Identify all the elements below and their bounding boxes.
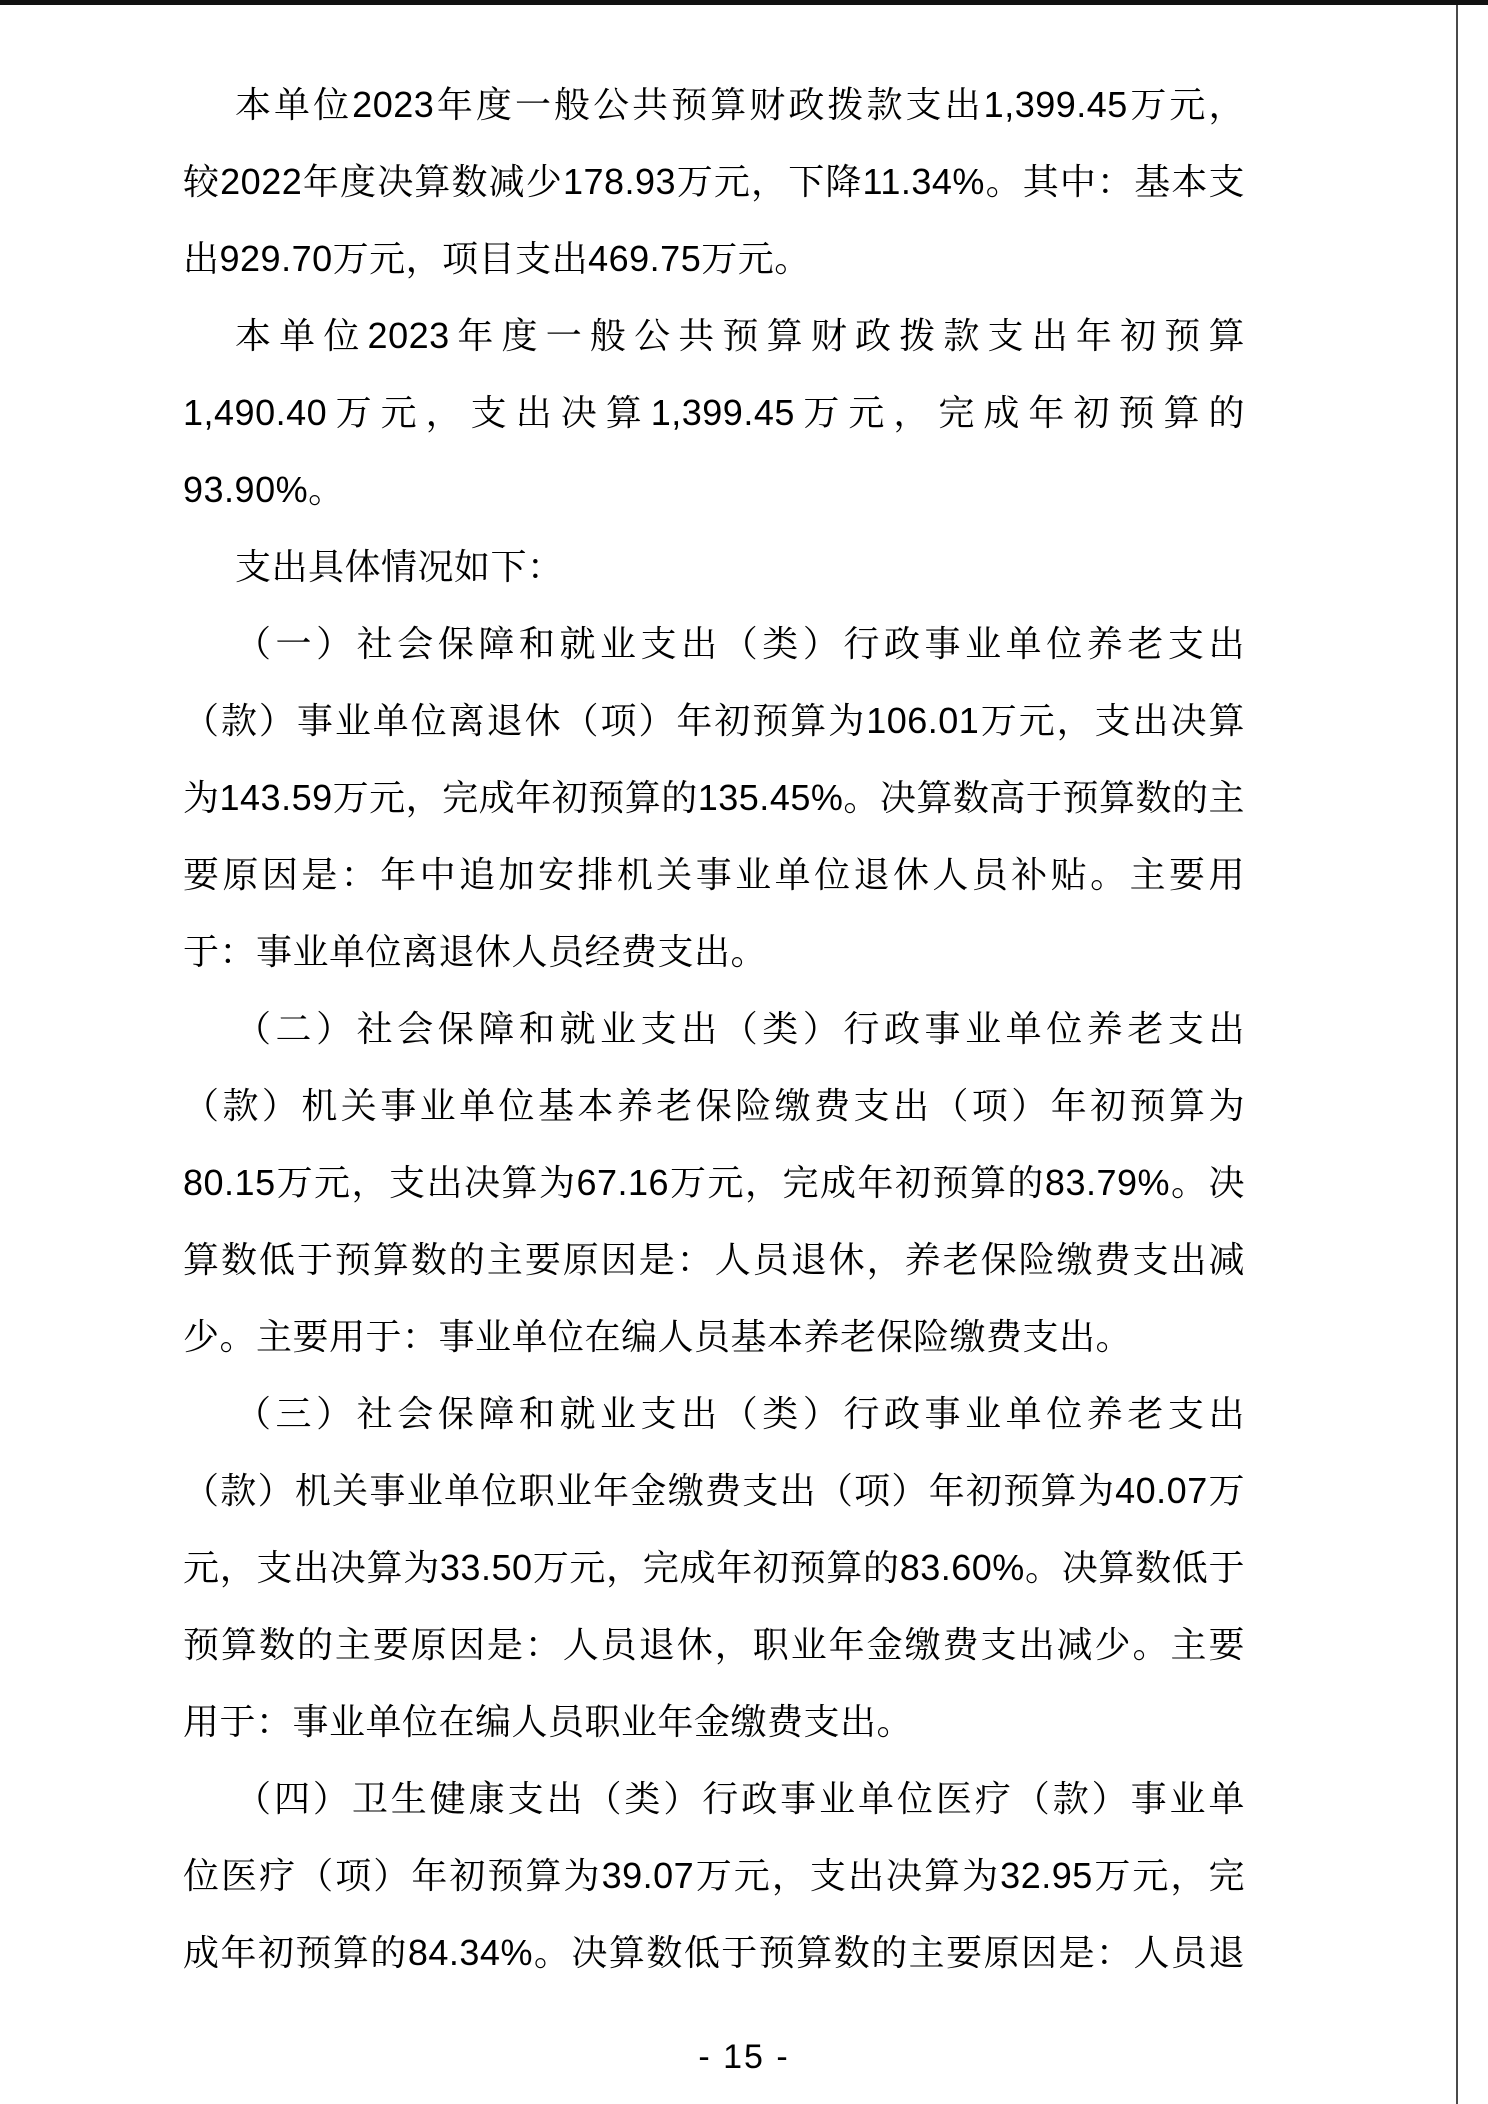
report-line: （一）社会保障和就业支出（类）行政事业单位养老支出: [183, 605, 1245, 682]
report-line: （四）卫生健康支出（类）行政事业单位医疗（款）事业单: [183, 1760, 1245, 1837]
report-line: 支出具体情况如下：: [183, 528, 1245, 605]
report-line: 于：事业单位离退休人员经费支出。: [183, 913, 1245, 990]
report-line: 出929.70万元，项目支出469.75万元。: [183, 220, 1245, 297]
report-line: 预算数的主要原因是：人员退休，职业年金缴费支出减少。主要: [183, 1606, 1245, 1683]
report-line: （款）事业单位离退休（项）年初预算为106.01万元，支出决算: [183, 682, 1245, 759]
scan-edge-line: [1456, 5, 1458, 2104]
report-line: （三）社会保障和就业支出（类）行政事业单位养老支出: [183, 1375, 1245, 1452]
report-line: 少。主要用于：事业单位在编人员基本养老保险缴费支出。: [183, 1298, 1245, 1375]
report-line: （二）社会保障和就业支出（类）行政事业单位养老支出: [183, 990, 1245, 1067]
report-line: 元，支出决算为33.50万元，完成年初预算的83.60%。决算数低于: [183, 1529, 1245, 1606]
report-line: 93.90%。: [183, 451, 1245, 528]
budget-final-accounts-report: 本单位2023年度一般公共预算财政拨款支出1,399.45万元， 较2022年度…: [183, 66, 1245, 1991]
report-line: （款）机关事业单位基本养老保险缴费支出（项）年初预算为: [183, 1067, 1245, 1144]
report-line: 1,490.40万元，支出决算1,399.45万元，完成年初预算的: [183, 374, 1245, 451]
report-line: 要原因是：年中追加安排机关事业单位退休人员补贴。主要用: [183, 836, 1245, 913]
report-line: 位医疗（项）年初预算为39.07万元，支出决算为32.95万元，完: [183, 1837, 1245, 1914]
report-line: 为143.59万元，完成年初预算的135.45%。决算数高于预算数的主: [183, 759, 1245, 836]
report-line: 80.15万元，支出决算为67.16万元，完成年初预算的83.79%。决: [183, 1144, 1245, 1221]
page-top-border: [0, 0, 1488, 5]
report-line: 本单位2023年度一般公共预算财政拨款支出年初预算: [183, 297, 1245, 374]
report-line: 较2022年度决算数减少178.93万元，下降11.34%。其中：基本支: [183, 143, 1245, 220]
report-line: 本单位2023年度一般公共预算财政拨款支出1,399.45万元，: [183, 66, 1245, 143]
report-line: 用于：事业单位在编人员职业年金缴费支出。: [183, 1683, 1245, 1760]
page-number: - 15 -: [0, 2038, 1488, 2077]
report-line: 成年初预算的84.34%。决算数低于预算数的主要原因是：人员退: [183, 1914, 1245, 1991]
report-line: 算数低于预算数的主要原因是：人员退休，养老保险缴费支出减: [183, 1221, 1245, 1298]
report-line: （款）机关事业单位职业年金缴费支出（项）年初预算为40.07万: [183, 1452, 1245, 1529]
